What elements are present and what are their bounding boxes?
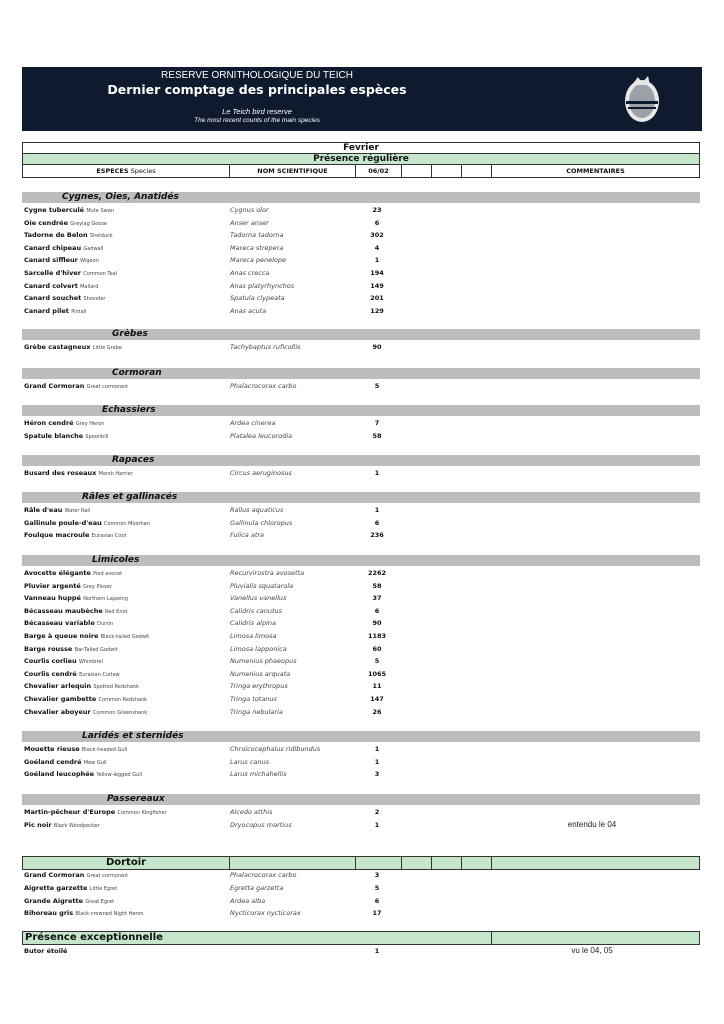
scientific-name: Pluvialis squatarola — [230, 580, 293, 592]
section-header: Limicoles — [22, 555, 700, 566]
species-english-name: Mallard — [80, 284, 98, 290]
scientific-name: Anas acuta — [230, 305, 266, 317]
scientific-name: Mareca strepera — [230, 242, 283, 254]
count-value: 2262 — [354, 567, 400, 579]
species-english-name: Common Greenshank — [93, 710, 147, 716]
table-row: Grand Cormoran Great cormorantPhalacroco… — [22, 869, 700, 881]
table-row: Canard pilet PintailAnas acuta129 — [22, 305, 700, 317]
reserve-logo-icon — [622, 73, 662, 125]
scientific-name: Nycticorax nycticorax — [230, 907, 301, 919]
scientific-name: Dryocopus martius — [230, 819, 292, 831]
species-english-name: Shelduck — [90, 233, 113, 239]
species-name: Cygne tuberculé Mute Swan — [24, 204, 114, 217]
subtitle-1: Le Teich bird reserve — [22, 107, 492, 116]
table-row: Foulque macroule Eurasian CootFulica atr… — [22, 529, 700, 541]
table-row: Canard siffleur WigeonMareca penelope1 — [22, 254, 700, 266]
species-english-name: Spoonbill — [85, 434, 108, 440]
species-name: Pic noir Black Woodpecker — [24, 819, 100, 832]
count-value: 129 — [354, 305, 400, 317]
species-name: Gallinule poule-d'eau Common Moorhen — [24, 517, 150, 530]
scientific-name: Anser anser — [230, 217, 269, 229]
table-row: Cygne tuberculé Mute SwanCygnus olor23 — [22, 204, 700, 216]
species-english-name: Pied avocet — [93, 571, 122, 577]
species-name: Chevalier aboyeur Common Greenshank — [24, 706, 147, 719]
species-english-name: Mute Swan — [86, 208, 114, 214]
section-header: Rapaces — [22, 455, 700, 466]
scientific-name: Chroicocephalus ridibundus — [230, 743, 320, 755]
species-english-name: Little Egret — [90, 886, 117, 892]
count-value: 5 — [354, 655, 400, 667]
species-english-name: Eurasian Curlew — [79, 672, 120, 678]
count-value: 147 — [354, 693, 400, 705]
species-english-name: Spotted Redshank — [93, 684, 139, 690]
table-row: Barge à queue noire Black-tailed GodwitL… — [22, 630, 700, 642]
species-name: Busard des roseaux Marsh Harrier — [24, 467, 133, 480]
header-banner: RESERVE ORNITHOLOGIQUE DU TEICH Dernier … — [22, 67, 702, 131]
species-english-name: Bar-Tailed Godwit — [75, 647, 118, 653]
table-row: Martin-pêcheur d'Europe Common Kingfishe… — [22, 806, 700, 818]
count-value: 1 — [354, 756, 400, 768]
table-row: Bihoreau gris Black-crowned Night HeronN… — [22, 907, 700, 919]
section-title: Râles et gallinacés — [82, 492, 177, 503]
species-english-name: Black-crowned Night Heron — [75, 911, 143, 917]
species-name: Canard pilet Pintail — [24, 305, 86, 318]
table-row: Goéland leucophée Yellow-legged GullLaru… — [22, 768, 700, 780]
count-value: 11 — [354, 680, 400, 692]
scientific-name: Phalacrocorax carbo — [230, 869, 297, 881]
count-value: 90 — [354, 617, 400, 629]
scientific-name: Larus michahellis — [230, 768, 287, 780]
count-value: 149 — [354, 280, 400, 292]
scientific-name: Tringa totanus — [230, 693, 277, 705]
species-name: Aigrette garzette Little Egret — [24, 882, 117, 895]
species-english-name: Black-tailed Godwit — [101, 634, 150, 640]
col-blank-2 — [431, 165, 461, 177]
scientific-name: Circus aeruginosus — [230, 467, 292, 479]
species-english-name: Black Woodpecker — [54, 823, 100, 829]
species-name: Grand Cormoran Great cormorant — [24, 380, 128, 393]
count-value: 1183 — [354, 630, 400, 642]
count-value: 58 — [354, 430, 400, 442]
scientific-name: Platalea leucorodia — [230, 430, 292, 442]
species-name: Canard chipeau Gadwall — [24, 242, 103, 255]
table-row: Mouette rieuse Black-headed GullChroicoc… — [22, 743, 700, 755]
species-english-name: Northern Lapwing — [83, 596, 128, 602]
scientific-name: Larus canus — [230, 756, 269, 768]
count-value: 1 — [354, 743, 400, 755]
table-row: Canard colvert MallardAnas platyrhynchos… — [22, 280, 700, 292]
count-value: 1 — [354, 467, 400, 479]
species-name: Grand Cormoran Great cormorant — [24, 869, 128, 882]
scientific-name: Phalacrocorax carbo — [230, 380, 297, 392]
section-title: Limicoles — [92, 555, 139, 566]
species-name: Canard siffleur Wigeon — [24, 254, 99, 267]
species-name: Canard colvert Mallard — [24, 280, 98, 293]
species-name: Goéland leucophée Yellow-legged Gull — [24, 768, 142, 781]
column-headers: ESPECES Species NOM SCIENTIFIQUE 06/02 C… — [22, 164, 700, 178]
count-value: 302 — [354, 229, 400, 241]
table-row: Butor étoilé 1vu le 04, 05 — [22, 945, 700, 957]
species-name: Bihoreau gris Black-crowned Night Heron — [24, 907, 144, 920]
scientific-name: Anas platyrhynchos — [230, 280, 294, 292]
scientific-name: Ardea alba — [230, 895, 265, 907]
section-header: Râles et gallinacés — [22, 492, 700, 503]
species-name: Oie cendrée Greylag Goose — [24, 217, 107, 230]
scientific-name: Tringa nebularia — [230, 706, 283, 718]
table-row: Courlis cendré Eurasian CurlewNumenius a… — [22, 668, 700, 680]
species-english-name: Common Kingfisher — [117, 810, 166, 816]
count-value: 17 — [354, 907, 400, 919]
species-english-name: Marsh Harrier — [99, 471, 133, 477]
scientific-name: Numenius arquata — [230, 668, 290, 680]
species-name: Pluvier argenté Grey Plover — [24, 580, 112, 593]
section-title: Passereaux — [107, 794, 165, 805]
table-row: Goéland cendré Mew GullLarus canus1 — [22, 756, 700, 768]
count-value: 3 — [354, 869, 400, 881]
col-scientific: NOM SCIENTIFIQUE — [229, 165, 355, 177]
table-row: Avocette élégante Pied avocetRecurvirost… — [22, 567, 700, 579]
species-english-name: Great Egret — [85, 899, 114, 905]
section-title: Grèbes — [112, 329, 148, 340]
table-row: Grèbe castagneux Little GrebeTachybaptus… — [22, 341, 700, 353]
count-value: 1 — [354, 819, 400, 831]
count-value: 6 — [354, 895, 400, 907]
table-row: Bécasseau maubèche Red KnotCalidris canu… — [22, 605, 700, 617]
count-value: 1065 — [354, 668, 400, 680]
table-row: Pic noir Black WoodpeckerDryocopus marti… — [22, 819, 700, 831]
section-header: Laridés et sternidés — [22, 731, 700, 742]
count-value: 201 — [354, 292, 400, 304]
scientific-name: Numenius phaeopus — [230, 655, 297, 667]
section-title: Cygnes, Oies, Anatidés — [62, 192, 179, 203]
section-header: Grèbes — [22, 329, 700, 340]
species-english-name: Great cormorant — [87, 873, 128, 879]
species-name: Spatule blanche Spoonbill — [24, 430, 108, 443]
species-english-name: Whimbrel — [79, 659, 103, 665]
table-row: Busard des roseaux Marsh HarrierCircus a… — [22, 467, 700, 479]
count-value: 1 — [354, 504, 400, 516]
species-name: Avocette élégante Pied avocet — [24, 567, 122, 580]
species-english-name: Common Moorhen — [104, 521, 150, 527]
species-name: Butor étoilé — [24, 945, 67, 958]
table-row: Grande Aigrette Great EgretArdea alba6 — [22, 895, 700, 907]
col-blank-3 — [461, 165, 491, 177]
col-comments: COMMENTAIRES — [491, 165, 699, 177]
species-name: Bécasseau maubèche Red Knot — [24, 605, 128, 618]
section-header: Passereaux — [22, 794, 700, 805]
species-name: Courlis corlieu Whimbrel — [24, 655, 103, 668]
count-value: 1 — [354, 945, 400, 957]
section-header: Cormoran — [22, 368, 700, 379]
species-english-name: Great cormorant — [87, 384, 128, 390]
species-english-name: Black-headed Gull — [82, 747, 127, 753]
species-english-name: Common Teal — [83, 271, 117, 277]
species-english-name: Eurasian Coot — [92, 533, 127, 539]
species-english-name: Shoveler — [84, 296, 106, 302]
species-english-name: Red Knot — [105, 609, 128, 615]
species-english-name: Grey Heron — [76, 421, 104, 427]
table-row: Chevalier aboyeur Common GreenshankTring… — [22, 706, 700, 718]
scientific-name: Vanellus vanellus — [230, 592, 286, 604]
group-cell — [355, 857, 401, 869]
species-english-name: Dunlin — [97, 621, 113, 627]
count-value: 6 — [354, 217, 400, 229]
table-row: Héron cendré Grey HeronArdea cinerea7 — [22, 417, 700, 429]
species-name: Goéland cendré Mew Gull — [24, 756, 107, 769]
species-name: Grande Aigrette Great Egret — [24, 895, 114, 908]
table-row: Barge rousse Bar-Tailed GodwitLimosa lap… — [22, 643, 700, 655]
exceptionnelle-header: Présence exceptionnelle — [22, 931, 700, 945]
count-value: 6 — [354, 517, 400, 529]
page-title: Dernier comptage des principales espèces — [22, 82, 492, 97]
subtitle-2: The most recent counts of the main speci… — [22, 117, 492, 124]
species-name: Foulque macroule Eurasian Coot — [24, 529, 127, 542]
section-title: Cormoran — [112, 368, 162, 379]
org-name: RESERVE ORNITHOLOGIQUE DU TEICH — [22, 70, 492, 81]
table-row: Râle d'eau Water RailRallus aquaticus1 — [22, 504, 700, 516]
table-row: Pluvier argenté Grey PloverPluvialis squ… — [22, 580, 700, 592]
species-english-name: Common Redshank — [99, 697, 148, 703]
count-value: 194 — [354, 267, 400, 279]
section-header: Cygnes, Oies, Anatidés — [22, 192, 700, 203]
count-value: 5 — [354, 380, 400, 392]
table-row: Chevalier arlequin Spotted RedshankTring… — [22, 680, 700, 692]
species-english-name: Grey Plover — [83, 584, 112, 590]
species-name: Sarcelle d'hiver Common Teal — [24, 267, 117, 280]
scientific-name: Anas crecca — [230, 267, 269, 279]
count-value: 4 — [354, 242, 400, 254]
scientific-name: Recurvirostra avosetta — [230, 567, 304, 579]
scientific-name: Tadorna tadorna — [230, 229, 284, 241]
group-cell — [229, 857, 355, 869]
group-cell — [491, 857, 699, 869]
species-name: Canard souchet Shoveler — [24, 292, 105, 305]
species-english-name: Gadwall — [83, 246, 103, 252]
species-name: Tadorne de Belon Shelduck — [24, 229, 113, 242]
count-value: 5 — [354, 882, 400, 894]
count-value: 2 — [354, 806, 400, 818]
section-title: Echassiers — [102, 405, 156, 416]
table-row: Bécasseau variable DunlinCalidris alpina… — [22, 617, 700, 629]
species-name: Chevalier arlequin Spotted Redshank — [24, 680, 139, 693]
species-name: Mouette rieuse Black-headed Gull — [24, 743, 127, 756]
group-title: Dortoir — [23, 857, 229, 869]
table-row: Grand Cormoran Great cormorantPhalacroco… — [22, 380, 700, 392]
scientific-name: Ardea cinerea — [230, 417, 275, 429]
group-cell — [401, 857, 431, 869]
section-header: Echassiers — [22, 405, 700, 416]
count-value: 60 — [354, 643, 400, 655]
scientific-name: Tachybaptus ruficollis — [230, 341, 301, 353]
scientific-name: Calidris canutus — [230, 605, 282, 617]
section-title: Rapaces — [112, 455, 154, 466]
scientific-name: Egretta garzetta — [230, 882, 283, 894]
count-value: 236 — [354, 529, 400, 541]
count-value: 26 — [354, 706, 400, 718]
scientific-name: Fulica atra — [230, 529, 264, 541]
table-row: Spatule blanche SpoonbillPlatalea leucor… — [22, 430, 700, 442]
dortoir-header: Dortoir — [22, 856, 700, 870]
species-english-name: Wigeon — [80, 258, 99, 264]
scientific-name: Cygnus olor — [230, 204, 269, 216]
species-name: Chevalier gambette Common Redshank — [24, 693, 147, 706]
species-english-name: Mew Gull — [84, 760, 107, 766]
scientific-name: Calidris alpina — [230, 617, 276, 629]
species-english-name: Little Grebe — [93, 345, 122, 351]
table-row: Tadorne de Belon ShelduckTadorna tadorna… — [22, 229, 700, 241]
table-row: Gallinule poule-d'eau Common MoorhenGall… — [22, 517, 700, 529]
species-name: Barge rousse Bar-Tailed Godwit — [24, 643, 118, 656]
comment-text: entendu le 04 — [492, 819, 692, 831]
count-value: 90 — [354, 341, 400, 353]
scientific-name: Limosa limosa — [230, 630, 276, 642]
table-row: Canard chipeau GadwallMareca strepera4 — [22, 242, 700, 254]
species-name: Grèbe castagneux Little Grebe — [24, 341, 122, 354]
species-english-name: Greylag Goose — [70, 221, 107, 227]
scientific-name: Mareca penelope — [230, 254, 286, 266]
section-title: Laridés et sternidés — [82, 731, 184, 742]
scientific-name: Alcedo atthis — [230, 806, 272, 818]
group-cell — [491, 932, 699, 944]
species-name: Courlis cendré Eurasian Curlew — [24, 668, 120, 681]
group-cell — [461, 857, 491, 869]
col-date: 06/02 — [355, 165, 401, 177]
species-name: Bécasseau variable Dunlin — [24, 617, 113, 630]
table-row: Chevalier gambette Common RedshankTringa… — [22, 693, 700, 705]
count-value: 23 — [354, 204, 400, 216]
species-name: Vanneau huppé Northern Lapwing — [24, 592, 128, 605]
group-cell — [431, 857, 461, 869]
count-value: 7 — [354, 417, 400, 429]
species-english-name: Pintail — [71, 309, 86, 315]
scientific-name: Limosa lapponica — [230, 643, 287, 655]
scientific-name: Spatula clypeata — [230, 292, 285, 304]
count-value: 3 — [354, 768, 400, 780]
count-value: 58 — [354, 580, 400, 592]
count-value: 1 — [354, 254, 400, 266]
species-name: Martin-pêcheur d'Europe Common Kingfishe… — [24, 806, 167, 819]
table-row: Canard souchet ShovelerSpatula clypeata2… — [22, 292, 700, 304]
species-name: Barge à queue noire Black-tailed Godwit — [24, 630, 149, 643]
scientific-name: Rallus aquaticus — [230, 504, 283, 516]
table-row: Sarcelle d'hiver Common TealAnas crecca1… — [22, 267, 700, 279]
scientific-name: Gallinula chloropus — [230, 517, 292, 529]
table-row: Vanneau huppé Northern LapwingVanellus v… — [22, 592, 700, 604]
col-blank-1 — [401, 165, 431, 177]
scientific-name: Tringa erythropus — [230, 680, 288, 692]
table-row: Aigrette garzette Little EgretEgretta ga… — [22, 882, 700, 894]
table-row: Oie cendrée Greylag GooseAnser anser6 — [22, 217, 700, 229]
count-value: 6 — [354, 605, 400, 617]
species-name: Héron cendré Grey Heron — [24, 417, 104, 430]
table-row: Courlis corlieu WhimbrelNumenius phaeopu… — [22, 655, 700, 667]
group-title: Présence exceptionnelle — [23, 932, 491, 944]
col-species: ESPECES Species — [23, 165, 229, 177]
species-name: Râle d'eau Water Rail — [24, 504, 90, 517]
comment-text: vu le 04, 05 — [492, 945, 692, 957]
count-value: 37 — [354, 592, 400, 604]
species-english-name: Yellow-legged Gull — [96, 772, 142, 778]
species-english-name: Water Rail — [65, 508, 91, 514]
